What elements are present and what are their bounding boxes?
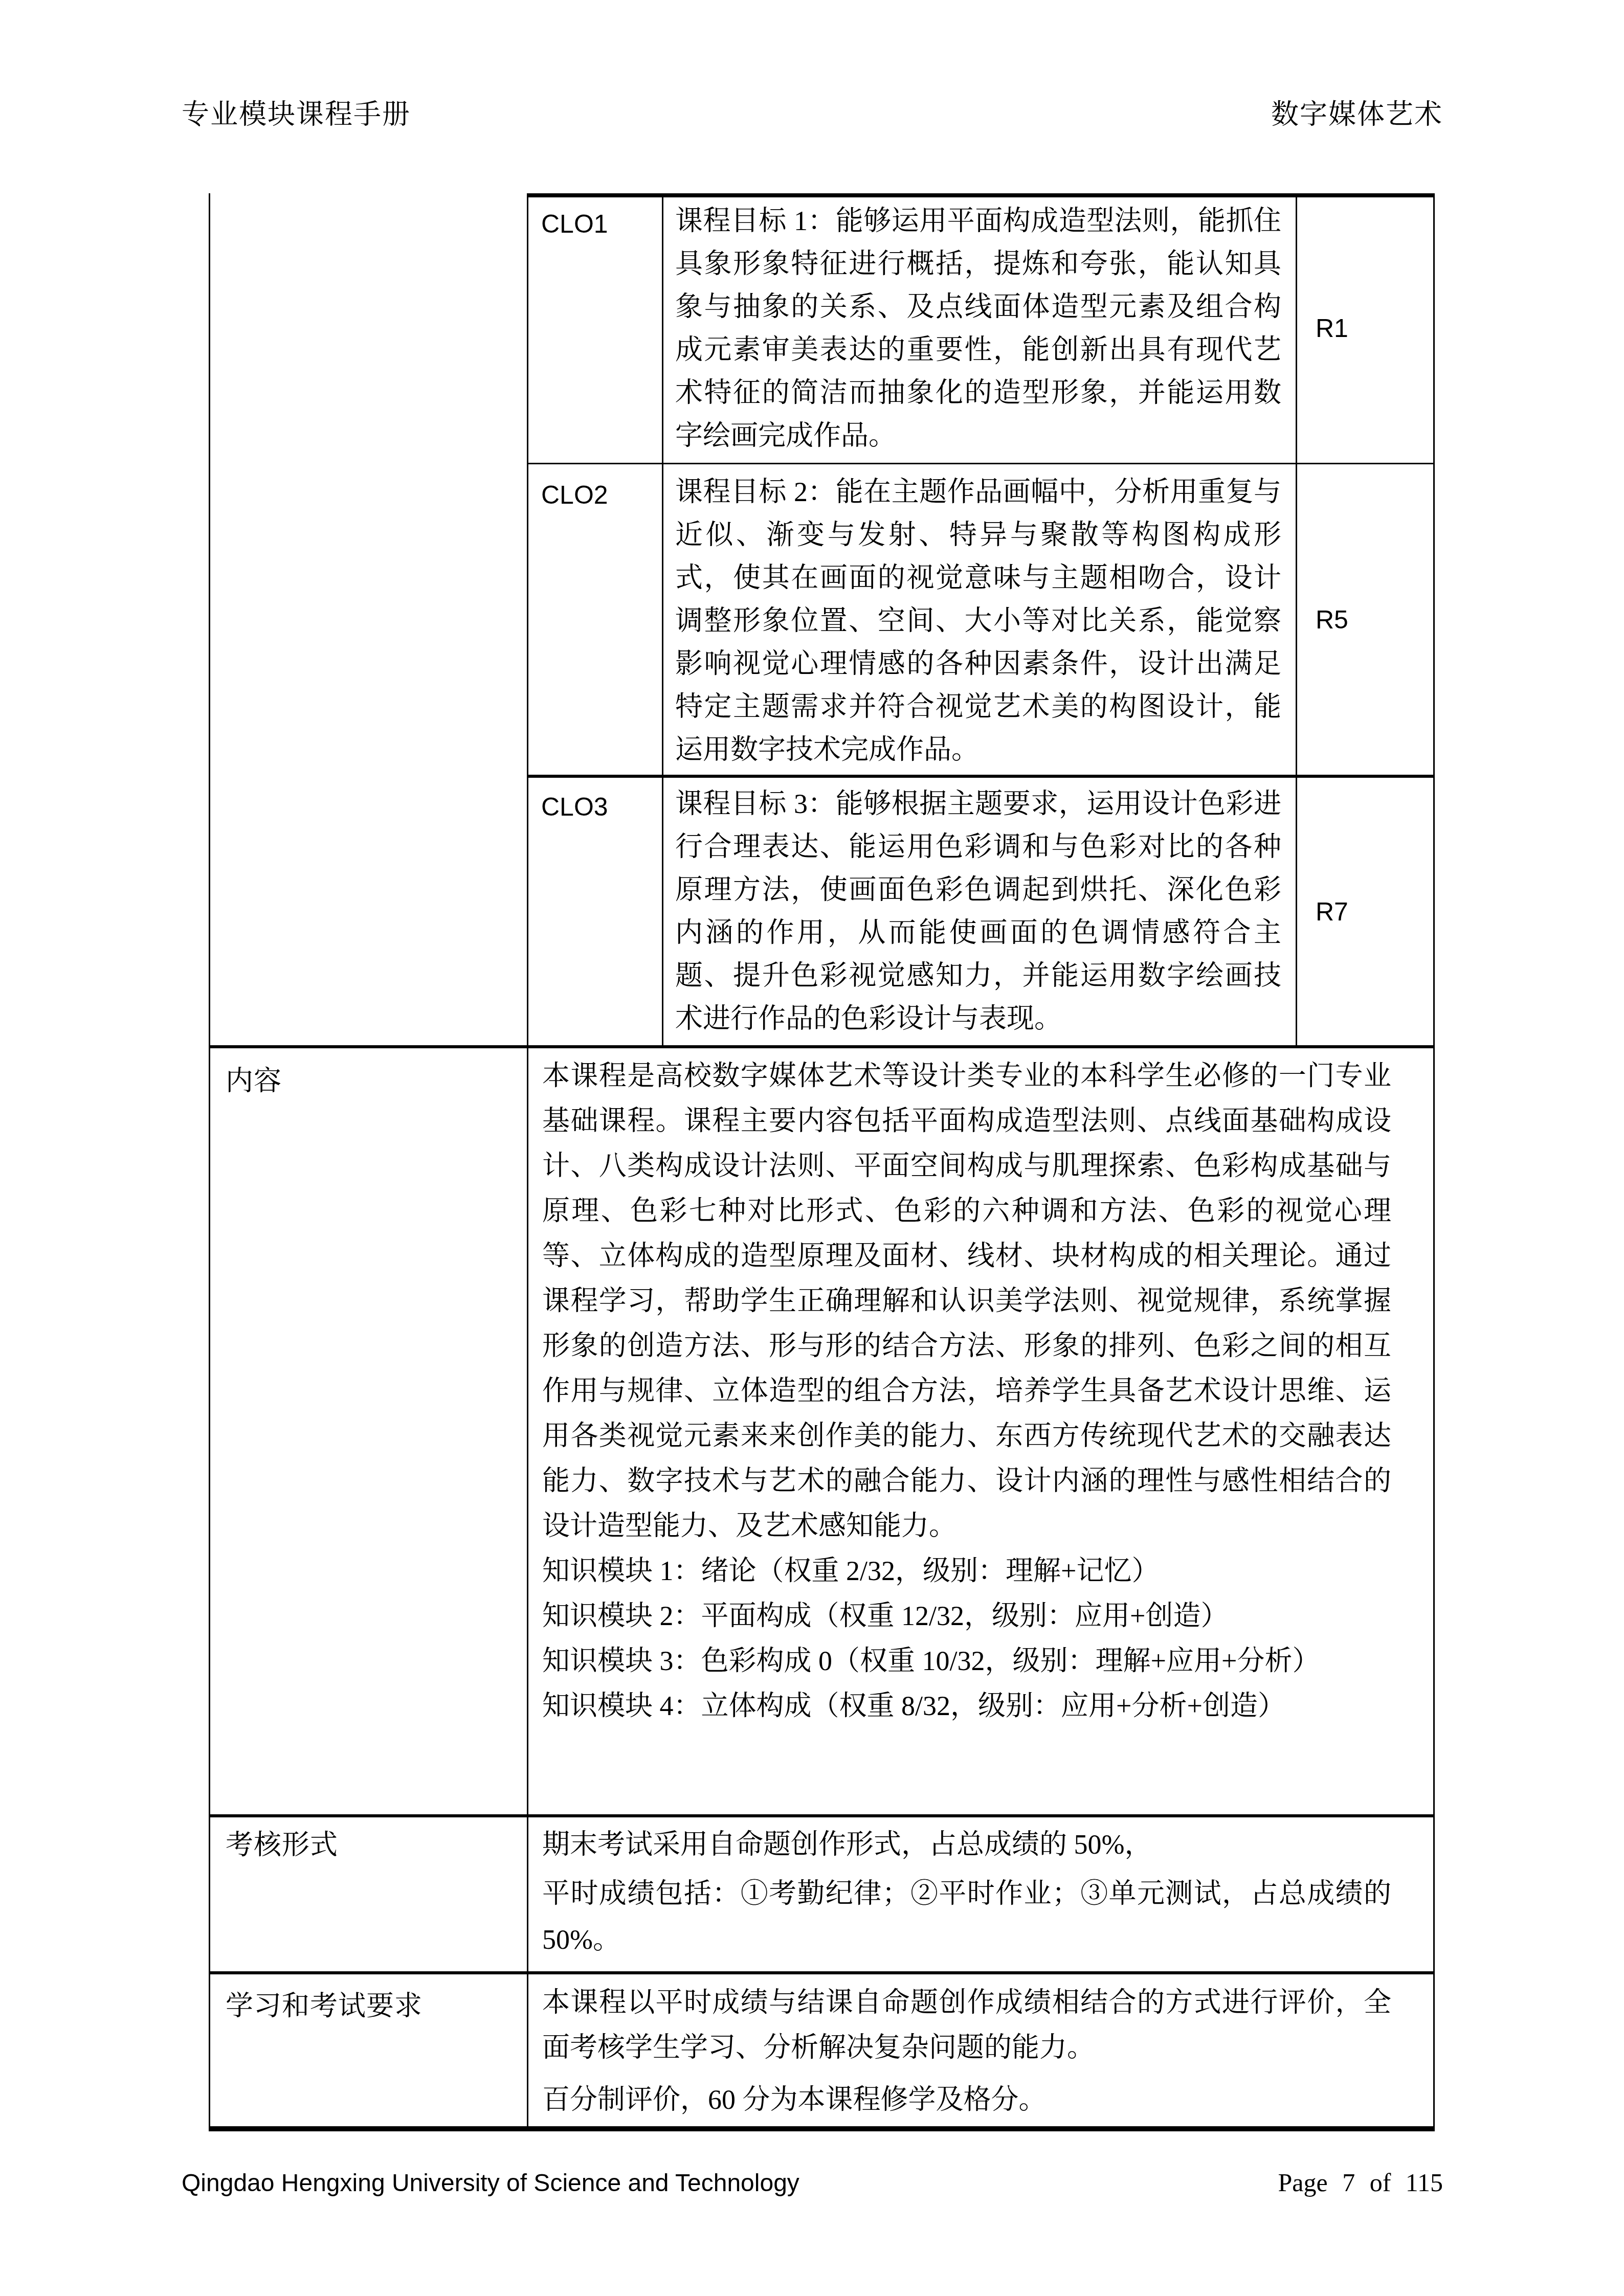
clo1-reference: R1	[1316, 193, 1428, 463]
row-divider-clo1-clo2	[527, 463, 1435, 464]
page-footer: Qingdao Hengxing University of Science a…	[182, 2167, 1443, 2199]
row-divider-assessment-requirements	[209, 1971, 1435, 1974]
table-border-bottom	[209, 2126, 1435, 2131]
assessment-cell: 期末考试采用自命题创作形式，占总成绩的 50%， 平时成绩包括：①考勤纪律；②平…	[542, 1821, 1391, 1963]
header-left-title: 专业模块课程手册	[182, 99, 411, 130]
clo2-description: 课程目标 2：能在主题作品画幅中，分析用重复与近似、渐变与发射、特异与聚散等构图…	[675, 470, 1281, 771]
footer-university: Qingdao Hengxing University of Science a…	[182, 2168, 799, 2199]
table-divider-label-col	[527, 193, 528, 2131]
assessment-line-1: 期末考试采用自命题创作形式，占总成绩的 50%，	[542, 1821, 1391, 1867]
module-line-3: 知识模块 3：色彩构成 0（权重 10/32，级别：理解+应用+分析）	[542, 1638, 1391, 1683]
footer-page-number: Page 7 of 115	[1278, 2167, 1443, 2198]
requirements-line-1: 本课程以平时成绩与结课自命题创作成绩相结合的方式进行评价，全面考核学生学习、分析…	[542, 1980, 1391, 2070]
module-line-1: 知识模块 1：绪论（权重 2/32，级别：理解+记忆）	[542, 1548, 1391, 1593]
clo1-description: 课程目标 1：能够运用平面构成造型法则，能抓住具象形象特征进行概括，提炼和夸张，…	[675, 199, 1281, 457]
table-border-right	[1433, 193, 1435, 2131]
clo3-description: 课程目标 3：能够根据主题要求，运用设计色彩进行合理表达、能运用色彩调和与色彩对…	[675, 782, 1281, 1040]
page-header: 专业模块课程手册 数字媒体艺术	[182, 99, 1443, 130]
row-divider-content-assessment	[209, 1814, 1435, 1817]
table-divider-clo-col	[662, 193, 663, 1048]
row-divider-clo3-content	[209, 1045, 1435, 1048]
table-border-left	[209, 193, 210, 2131]
table-divider-ref-col	[1296, 193, 1297, 1048]
document-page: 专业模块课程手册 数字媒体艺术 CLO1 课程目标 1：能够运用平面构成造型法则…	[0, 0, 1624, 2296]
assessment-line-2: 平时成绩包括：①考勤纪律；②平时作业；③单元测试，占总成绩的 50%。	[542, 1871, 1391, 1963]
requirements-row-label: 学习和考试要求	[226, 1990, 517, 2022]
module-line-2: 知识模块 2：平面构成（权重 12/32，级别：应用+创造）	[542, 1593, 1391, 1638]
content-paragraph: 本课程是高校数字媒体艺术等设计类专业的本科学生必修的一门专业基础课程。课程主要内…	[542, 1053, 1391, 1548]
clo1-label: CLO1	[541, 209, 659, 239]
clo3-reference: R7	[1316, 778, 1428, 1045]
clo2-label: CLO2	[541, 480, 659, 510]
clo3-label: CLO3	[541, 792, 659, 822]
clo2-reference: R5	[1316, 464, 1428, 775]
module-line-4: 知识模块 4：立体构成（权重 8/32，级别：应用+分析+创造）	[542, 1683, 1391, 1728]
requirements-line-2: 百分制评价，60 分为本课程修学及格分。	[542, 2077, 1391, 2122]
table-border-top	[527, 193, 1435, 197]
requirements-cell: 本课程以平时成绩与结课自命题创作成绩相结合的方式进行评价，全面考核学生学习、分析…	[542, 1980, 1391, 2122]
assessment-row-label: 考核形式	[226, 1829, 517, 1861]
row-divider-clo2-clo3	[527, 775, 1435, 778]
content-cell: 本课程是高校数字媒体艺术等设计类专业的本科学生必修的一门专业基础课程。课程主要内…	[542, 1053, 1391, 1728]
header-right-title: 数字媒体艺术	[1271, 99, 1443, 130]
content-row-label: 内容	[226, 1065, 517, 1097]
